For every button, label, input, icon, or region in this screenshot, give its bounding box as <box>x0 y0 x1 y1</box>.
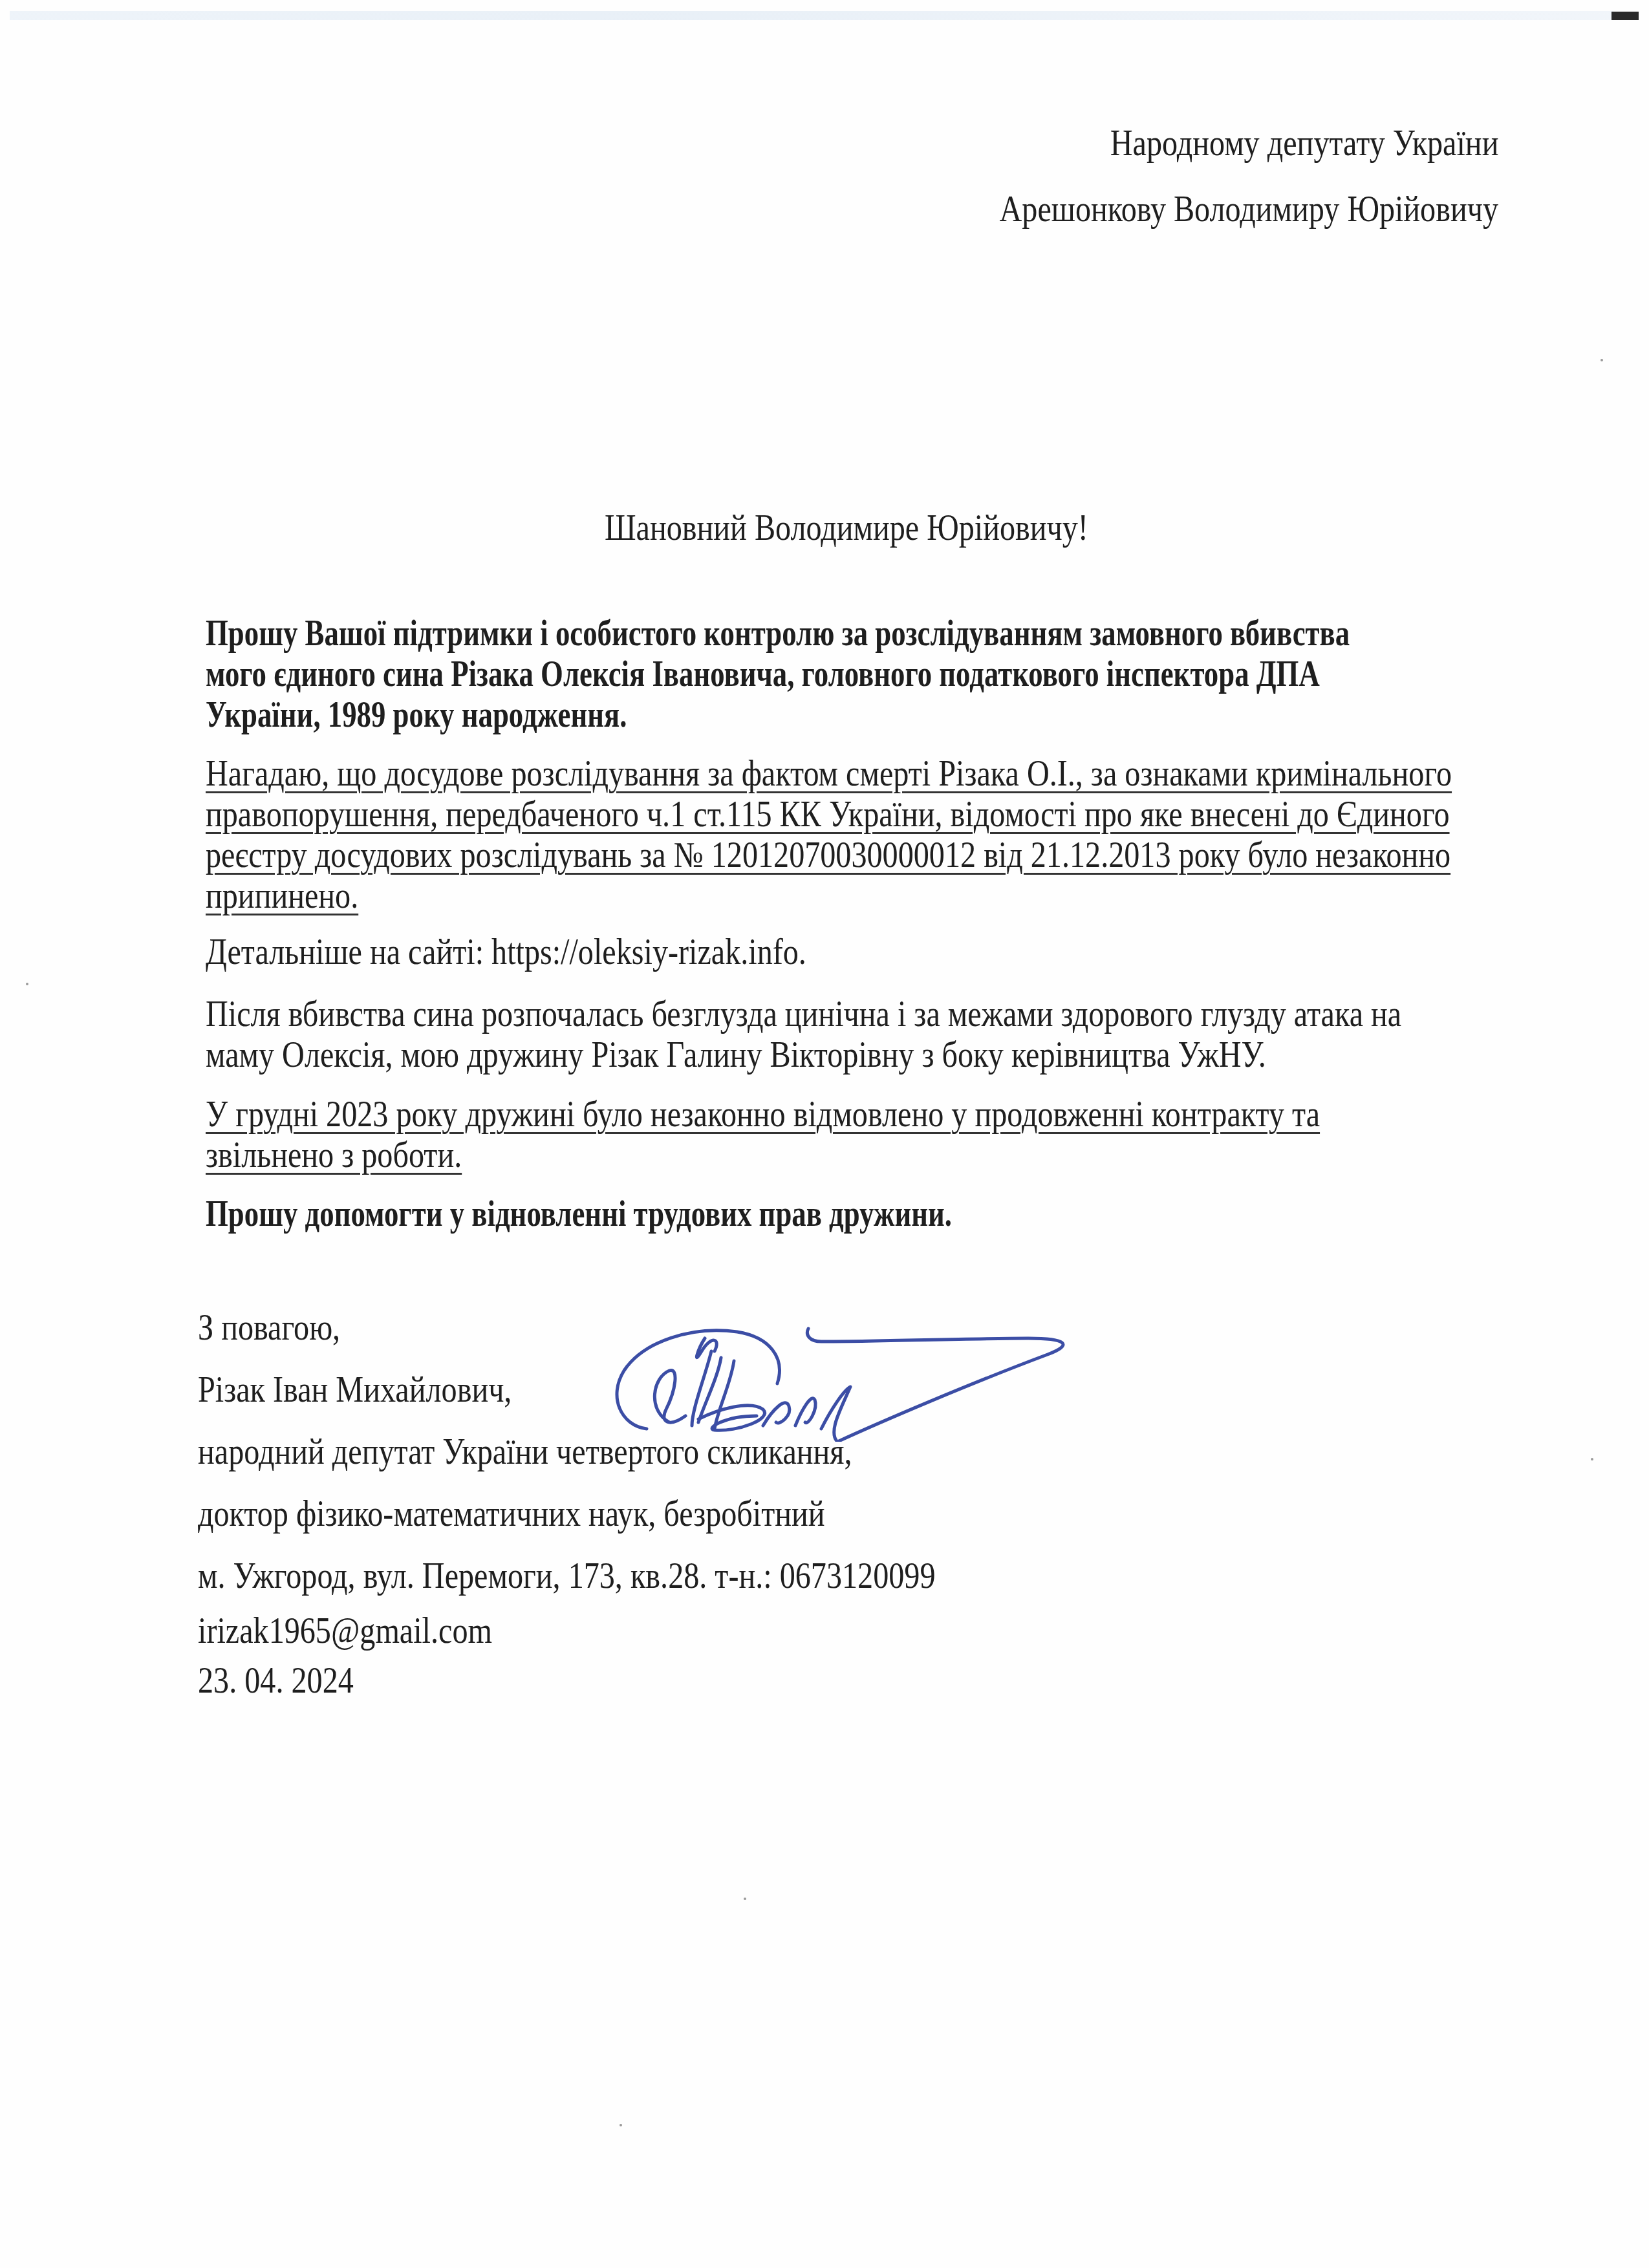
addressee-line-1: Народному депутату України <box>1110 123 1498 164</box>
request-line-1: Прошу Вашої підтримки і особистого контр… <box>206 613 1350 654</box>
salutation: Шановний Володимире Юрійовичу! <box>605 508 1088 549</box>
closing-degree: доктор фізико-математичних наук, безробі… <box>198 1493 825 1535</box>
addressee-line-2: Арешонкову Володимиру Юрійовичу <box>1000 189 1498 230</box>
closing-name: Різак Іван Михайлович, <box>198 1369 512 1411</box>
scan-artifact-mark <box>1611 12 1639 20</box>
scan-speck <box>1600 359 1603 361</box>
investigation-line-2: правопорушення, передбаченого ч.1 ст.115… <box>206 794 1450 835</box>
scan-speck <box>620 2124 622 2126</box>
scan-speck <box>26 983 28 985</box>
attack-line-1: Після вбивства сина розпочалась безглузд… <box>206 994 1401 1035</box>
investigation-line-4: припинено. <box>206 875 358 917</box>
signature-icon <box>608 1312 1099 1442</box>
attack-line-2: маму Олексія, мою дружину Різак Галину В… <box>206 1034 1266 1076</box>
closing-date: 23. 04. 2024 <box>198 1660 354 1702</box>
closing-address: м. Ужгород, вул. Перемоги, 173, кв.28. т… <box>198 1556 935 1597</box>
final-request: Прошу допомогти у відновленні трудових п… <box>206 1193 952 1235</box>
letter-page: Народному депутату України Арешонкову Во… <box>0 0 1649 2268</box>
closing-email: irizak1965@gmail.com <box>198 1610 492 1652</box>
scan-speck <box>744 1898 746 1900</box>
scan-speck <box>1591 1458 1593 1460</box>
scan-artifact-band <box>10 11 1613 20</box>
closing-regards: З повагою, <box>198 1307 340 1349</box>
website-line: Детальніше на сайті: https://oleksiy-riz… <box>206 932 806 973</box>
request-line-2: мого єдиного сина Різака Олексія Іванови… <box>206 654 1320 695</box>
request-line-3: України, 1989 року народження. <box>206 694 627 736</box>
investigation-line-1: Нагадаю, що досудове розслідування за фа… <box>206 753 1452 795</box>
closing-title: народний депутат України четвертого скли… <box>198 1431 852 1473</box>
investigation-line-3: реєстру досудових розслідувань за № 1201… <box>206 835 1450 876</box>
dismissal-line-1: У грудні 2023 року дружині було незаконн… <box>206 1094 1320 1135</box>
dismissal-line-2: звільнено з роботи. <box>206 1135 462 1176</box>
